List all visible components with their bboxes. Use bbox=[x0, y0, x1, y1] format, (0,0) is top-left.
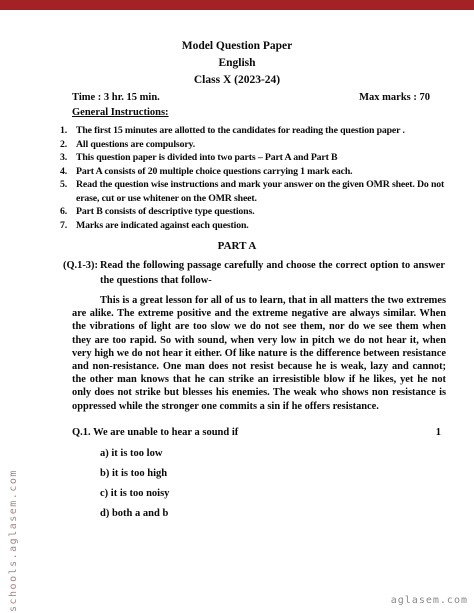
question-1-marks: 1 bbox=[436, 426, 441, 439]
instruction-text: The first 15 minutes are allotted to the… bbox=[76, 124, 446, 138]
passage-direction: (Q.1-3): Read the following passage care… bbox=[63, 259, 445, 288]
instruction-number: 5. bbox=[60, 178, 76, 205]
instruction-item: 5. Read the question wise instructions a… bbox=[60, 178, 446, 205]
option-a: a) it is too low bbox=[100, 448, 474, 459]
option-b: b) it is too high bbox=[100, 468, 474, 479]
direction-text: Read the following passage carefully and… bbox=[100, 259, 445, 288]
instruction-number: 2. bbox=[60, 138, 76, 152]
part-a-heading: PART A bbox=[0, 239, 474, 253]
instruction-text: Marks are indicated against each questio… bbox=[76, 219, 446, 233]
question-1-options: a) it is too low b) it is too high c) it… bbox=[100, 448, 474, 519]
paper-meta-row: Time : 3 hr. 15 min. Max marks : 70 bbox=[72, 91, 430, 105]
question-1-row: Q.1. We are unable to hear a sound if 1 bbox=[72, 426, 441, 439]
left-vertical-watermark: schools.aglasem.com bbox=[8, 469, 19, 612]
time-allowed: Time : 3 hr. 15 min. bbox=[72, 91, 160, 105]
instruction-number: 1. bbox=[60, 124, 76, 138]
paper-title-block: Model Question Paper English Class X (20… bbox=[0, 38, 474, 89]
instruction-item: 7. Marks are indicated against each ques… bbox=[60, 219, 446, 233]
question-1-text: Q.1. We are unable to hear a sound if bbox=[72, 426, 238, 439]
instruction-text: All questions are compulsory. bbox=[76, 138, 446, 152]
instruction-text: Part B consists of descriptive type ques… bbox=[76, 205, 446, 219]
site-header-bar bbox=[0, 0, 474, 10]
instruction-item: 3. This question paper is divided into t… bbox=[60, 151, 446, 165]
instruction-number: 6. bbox=[60, 205, 76, 219]
option-c: c) it is too noisy bbox=[100, 488, 474, 499]
instruction-number: 4. bbox=[60, 165, 76, 179]
instruction-item: 2. All questions are compulsory. bbox=[60, 138, 446, 152]
general-instructions-heading: General Instructions: bbox=[72, 106, 474, 120]
instruction-item: 6. Part B consists of descriptive type q… bbox=[60, 205, 446, 219]
reading-passage: This is a great lesson for all of us to … bbox=[72, 294, 446, 413]
paper-title: Model Question Paper bbox=[0, 38, 474, 55]
instruction-text: Read the question wise instructions and … bbox=[76, 178, 446, 205]
instruction-text: Part A consists of 20 multiple choice qu… bbox=[76, 165, 446, 179]
paper-subject: English bbox=[0, 55, 474, 72]
paper-class-session: Class X (2023-24) bbox=[0, 72, 474, 89]
instruction-number: 7. bbox=[60, 219, 76, 233]
direction-question-range: (Q.1-3): bbox=[63, 259, 100, 288]
instructions-list: 1. The first 15 minutes are allotted to … bbox=[60, 124, 446, 232]
instruction-text: This question paper is divided into two … bbox=[76, 151, 446, 165]
instruction-item: 1. The first 15 minutes are allotted to … bbox=[60, 124, 446, 138]
instruction-number: 3. bbox=[60, 151, 76, 165]
question-paper-page: Model Question Paper English Class X (20… bbox=[0, 0, 474, 613]
option-d: d) both a and b bbox=[100, 508, 474, 519]
bottom-right-watermark: aglasem.com bbox=[391, 595, 468, 606]
max-marks: Max marks : 70 bbox=[359, 91, 430, 105]
instruction-item: 4. Part A consists of 20 multiple choice… bbox=[60, 165, 446, 179]
